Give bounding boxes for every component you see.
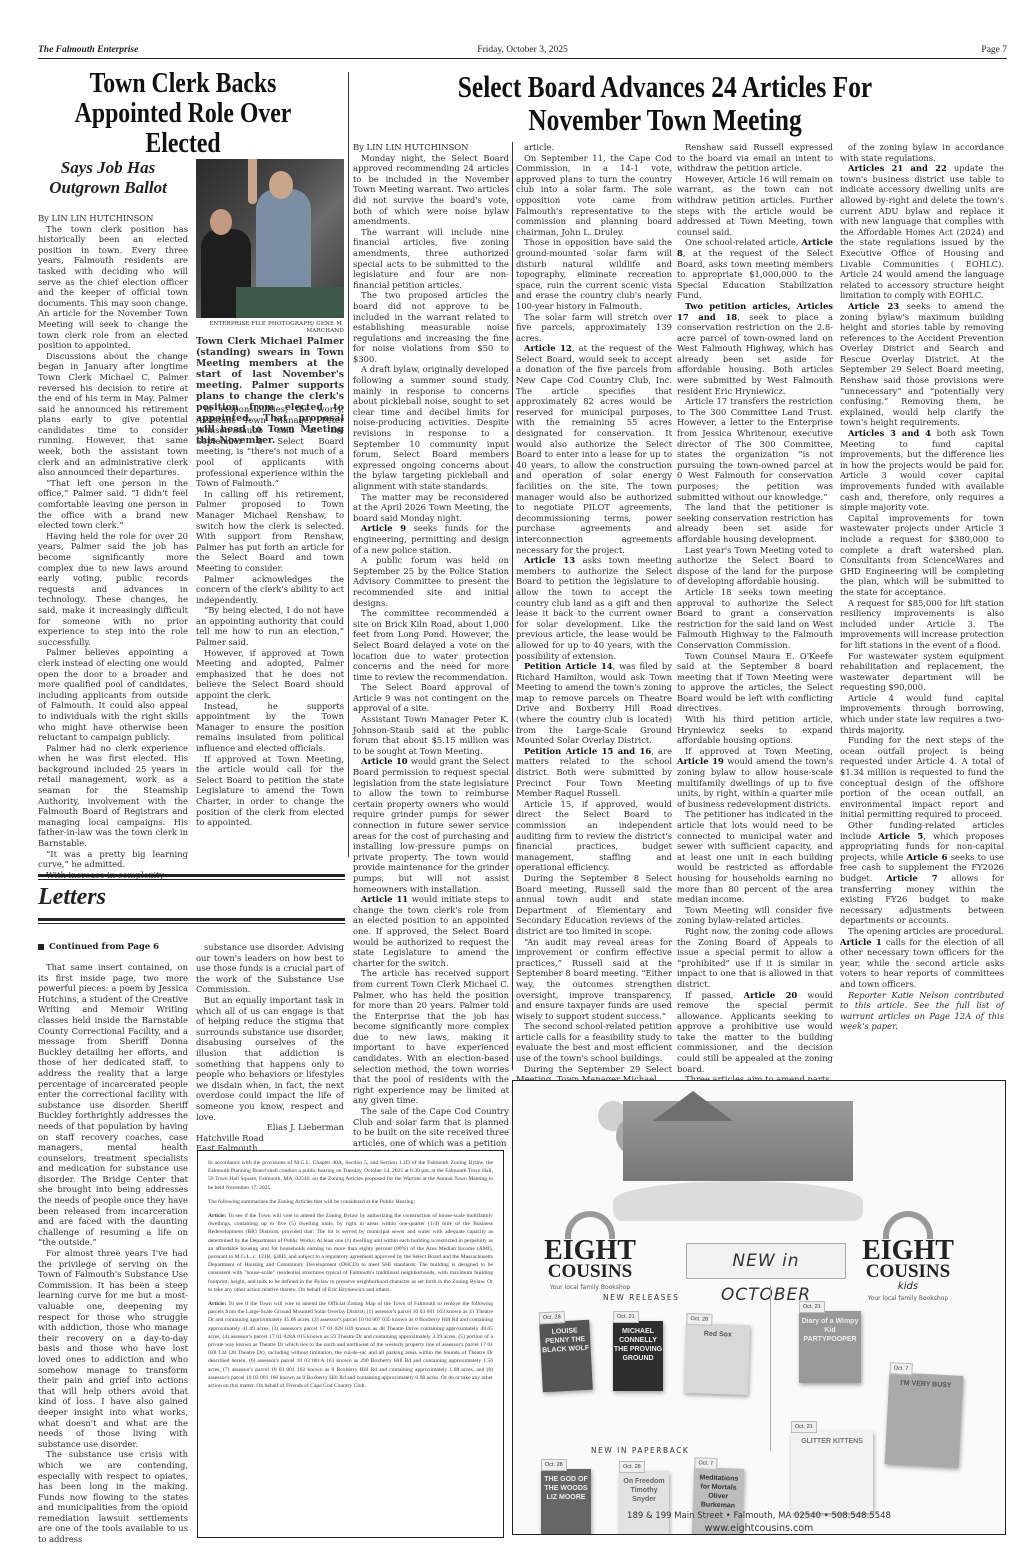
- paragraph: substance use disorder. Advising our tow…: [196, 942, 344, 995]
- paragraph: For wastewater system equipment rehabili…: [840, 651, 1004, 693]
- continued-from: Continued from Page 6: [38, 942, 159, 952]
- paragraph: The sale of the Cape Cod Country Club an…: [353, 1106, 509, 1148]
- paragraph: Article 17 transfers the restriction to …: [677, 396, 833, 502]
- paragraph: “It was a pretty big learning curve,” he…: [38, 849, 188, 870]
- paragraph: “An audit may reveal areas for improveme…: [516, 937, 672, 1022]
- store-address: 189 & 199 Main Street • Falmouth, MA 025…: [513, 1511, 1005, 1521]
- clerk-col1-body: The town clerk position has historically…: [38, 224, 188, 881]
- byline: By LIN LIN HUTCHINSON: [38, 213, 188, 224]
- paragraph: The land that the petitioner is seeking …: [677, 502, 833, 544]
- book-cover: Oct. 28LOUISE PENNY THE BLACK WOLF: [539, 1320, 593, 1393]
- paragraph: The solar farm will stretch over five pa…: [516, 312, 672, 344]
- paragraph: Article 18 seeks town meeting approval t…: [677, 587, 833, 651]
- eight-cousins-logo: EIGHT COUSINS Your local family Bookshop: [535, 1211, 645, 1291]
- paragraph: Article 15, if approved, would direct th…: [516, 799, 672, 873]
- clerk-col2-body: in responsibilities, the worry, Assistan…: [196, 404, 344, 828]
- paragraph: If approved at Town Meeting, Article 19 …: [677, 746, 833, 810]
- paragraph: article.: [516, 142, 672, 153]
- clerk-headline: Town Clerk Backs Appointed Role Over Ele…: [64, 68, 302, 158]
- paragraph: Renshaw said Russell expressed to the bo…: [677, 142, 833, 174]
- paragraph: Assistant Town Manager Peter K. Johnson-…: [353, 714, 509, 756]
- paragraph: The second school-related petition artic…: [516, 1021, 672, 1063]
- paragraph: Right now, the zoning code allows the Zo…: [677, 926, 833, 990]
- sb-col1-body: Monday night, the Select Board approved …: [353, 153, 509, 1149]
- eight-cousins-ad: EIGHT COUSINS Your local family Bookshop…: [512, 1080, 1006, 1535]
- page-number: Page 7: [981, 45, 1007, 55]
- letter-signature: Elias J. Lieberman: [196, 1122, 344, 1133]
- paragraph: The article has received support from cu…: [353, 968, 509, 1106]
- paragraph: “By being elected, I do not have an appo…: [196, 605, 344, 647]
- masthead: The Falmouth Enterprise Friday, October …: [38, 45, 1007, 59]
- paragraph: If approved at Town Meeting, the article…: [196, 754, 344, 828]
- eight-cousins-kids-logo: EIGHT COUSINS kids Your local family Boo…: [853, 1211, 963, 1302]
- book-cover: Oct. 7I'M VERY BUSY: [885, 1372, 964, 1468]
- paragraph: Article 9 seeks funds for the engineerin…: [353, 523, 509, 555]
- paragraph: Town Counsel Maura E. O'Keefe said at th…: [677, 651, 833, 715]
- new-in-october-banner: NEW in OCTOBER: [686, 1243, 846, 1279]
- paragraph: Articles 21 and 22 update the town's bus…: [840, 163, 1004, 301]
- paragraph: in responsibilities, the worry, Assistan…: [196, 404, 344, 489]
- ad-divider: [770, 1286, 771, 1451]
- paragraph: The warrant will include nine financial …: [353, 227, 509, 291]
- letters-column-1: That same insert contained, on its first…: [38, 962, 188, 1545]
- letter-address-1: Hatchville Road: [196, 1133, 344, 1144]
- sb-column-2: article.On September 11, the Cape Cod Co…: [516, 142, 672, 1085]
- paragraph: Monday night, the Select Board approved …: [353, 153, 509, 227]
- paragraph: The petitioner has indicated in the arti…: [677, 809, 833, 904]
- paragraph: Two petition articles, Articles 17 and 1…: [677, 301, 833, 396]
- letters-column-2: substance use disorder. Advising our tow…: [196, 942, 344, 1154]
- paragraph: Funding for the next steps of the ocean …: [840, 735, 1004, 820]
- paragraph: With his third petition article, Hryniew…: [677, 714, 833, 746]
- paragraph: Article 10 would grant the Select Board …: [353, 756, 509, 894]
- notice-intro: In accordance with the provisions of M.G…: [208, 1159, 493, 1192]
- book-cover: Oct. 21MICHAEL CONNELLY THE PROVING GROU…: [613, 1321, 663, 1391]
- sb-col4-body: of the zoning bylaw in accordance with s…: [840, 142, 1004, 1032]
- paragraph: The opening articles are procedural. Art…: [840, 926, 1004, 990]
- sb-column-4: of the zoning bylaw in accordance with s…: [840, 142, 1004, 1032]
- paragraph: Petition Article 14, was filed by Richar…: [516, 661, 672, 746]
- paragraph: Palmer acknowledges the concern of the c…: [196, 574, 344, 606]
- paragraph: The Select Board approval of Article 9 w…: [353, 682, 509, 714]
- paragraph: Reporter Katie Nelson contributed to thi…: [840, 990, 1004, 1032]
- paragraph: Article 11 would initiate steps to chang…: [353, 894, 509, 968]
- paragraph: Palmer had no clerk experience when he w…: [38, 743, 188, 849]
- paragraph: But an equally important task in which a…: [196, 995, 344, 1122]
- paragraph: Last year's Town Meeting voted to author…: [677, 545, 833, 587]
- book-cover: Oct. 28Red Sox: [684, 1323, 750, 1395]
- clerk-column-1: By LIN LIN HUTCHINSON The town clerk pos…: [38, 213, 188, 880]
- notice-article-2: Article: To see if the Town will vote to…: [208, 1300, 493, 1390]
- paragraph: Town Meeting will consider five zoning b…: [677, 905, 833, 926]
- book-cover: Oct. 21Diary of a Wimpy Kid PARTYPOOPER: [799, 1311, 861, 1383]
- letters-top-rule: [38, 874, 345, 880]
- paragraph: The substance use crisis with which we a…: [38, 1449, 188, 1544]
- column-divider: [348, 72, 349, 857]
- paragraph: Discussions about the change began in Ja…: [38, 351, 188, 478]
- paragraph: A public forum was held on September 25 …: [353, 555, 509, 608]
- paragraph: One school-related article, Article 8, a…: [677, 237, 833, 301]
- clerk-column-2: in responsibilities, the worry, Assistan…: [196, 404, 344, 828]
- paragraph: “That left one person in the office,” Pa…: [38, 478, 188, 531]
- paragraph: A request for $85,000 for lift station r…: [840, 598, 1004, 651]
- paragraph: Article 23 seeks to amend the zoning byl…: [840, 301, 1004, 428]
- paragraph: The two proposed articles the board did …: [353, 290, 509, 364]
- paragraph: Article 4 would fund capital improvement…: [840, 693, 1004, 735]
- open-book-illustration: [613, 1181, 863, 1221]
- store-website[interactable]: www.eightcousins.com: [513, 1523, 1005, 1534]
- paragraph: Instead, he supports appointment by the …: [196, 701, 344, 754]
- storefront-illustration: [623, 1101, 853, 1181]
- paragraph: Articles 3 and 4 both ask Town Meeting t…: [840, 428, 1004, 513]
- notice-summary: The following summarizes the Zoning Arti…: [208, 1198, 493, 1206]
- legal-notice: In accordance with the provisions of M.G…: [197, 1150, 504, 1538]
- select-board-headline: Select Board Advances 24 Articles For No…: [435, 70, 894, 136]
- paragraph: A draft bylaw, originally developed foll…: [353, 364, 509, 491]
- paragraph: However, Article 16 will remain on warra…: [677, 174, 833, 238]
- paragraph: Petition Article 15 and 16, are matters …: [516, 746, 672, 799]
- paragraph: of the zoning bylaw in accordance with s…: [840, 142, 1004, 163]
- letters-section-title: Letters: [38, 884, 106, 911]
- book-cover: Oct. 21GLITTER KITTENS: [791, 1431, 873, 1513]
- photo-credit: ENTERPRISE FILE PHOTOGRAPH/ GENE M. MARC…: [196, 321, 344, 335]
- notice-article-1: Article: To see if the Town will vote to…: [208, 1212, 493, 1294]
- letters-col2-body: substance use disorder. Advising our tow…: [196, 942, 344, 1122]
- square-bullet-icon: [38, 944, 44, 950]
- new-releases-label: NEW RELEASES: [603, 1293, 679, 1302]
- paragraph: Other funding-related articles include A…: [840, 820, 1004, 926]
- paperback-label: NEW IN PAPERBACK: [591, 1446, 689, 1455]
- clerk-photo: [196, 159, 344, 318]
- paragraph: If passed, Article 20 would remove the s…: [677, 990, 833, 1075]
- paragraph: On September 11, the Cape Cod Commission…: [516, 153, 672, 238]
- letters-bottom-rule: [38, 918, 345, 924]
- column-divider: [512, 142, 513, 1070]
- paragraph: Article 13 asks town meeting members to …: [516, 555, 672, 661]
- paragraph: Those in opposition have said the ground…: [516, 237, 672, 311]
- sb-col3-body: Renshaw said Russell expressed to the bo…: [677, 142, 833, 1085]
- paragraph: Having held the role for over 20 years, …: [38, 531, 188, 648]
- paragraph: The committee recommended a site on Bric…: [353, 608, 509, 682]
- paragraph: That same insert contained, on its first…: [38, 962, 188, 1248]
- paragraph: In calling off his retirement, Palmer pr…: [196, 489, 344, 574]
- paragraph: The matter may be reconsidered at the Ap…: [353, 492, 509, 524]
- issue-date: Friday, October 3, 2025: [38, 45, 1007, 55]
- paragraph: Capital improvements for town wastewater…: [840, 513, 1004, 598]
- paragraph: Palmer believes appointing a clerk inste…: [38, 647, 188, 742]
- paragraph: However, if approved at Town Meeting and…: [196, 648, 344, 701]
- paragraph: The town clerk position has historically…: [38, 224, 188, 351]
- paragraph: During the September 8 Select Board meet…: [516, 873, 672, 937]
- byline: By LIN LIN HUTCHINSON: [353, 142, 509, 153]
- paragraph: For almost three years I've had the priv…: [38, 1248, 188, 1449]
- sb-column-1: By LIN LIN HUTCHINSON Monday night, the …: [353, 142, 509, 1148]
- sb-col2-body: article.On September 11, the Cape Cod Co…: [516, 142, 672, 1085]
- clerk-deck: Says Job Has Outgrown Ballot: [38, 158, 178, 198]
- letters-col1-body: That same insert contained, on its first…: [38, 962, 188, 1545]
- paragraph: Article 12, at the request of the Select…: [516, 343, 672, 555]
- sb-column-3: Renshaw said Russell expressed to the bo…: [677, 142, 833, 1085]
